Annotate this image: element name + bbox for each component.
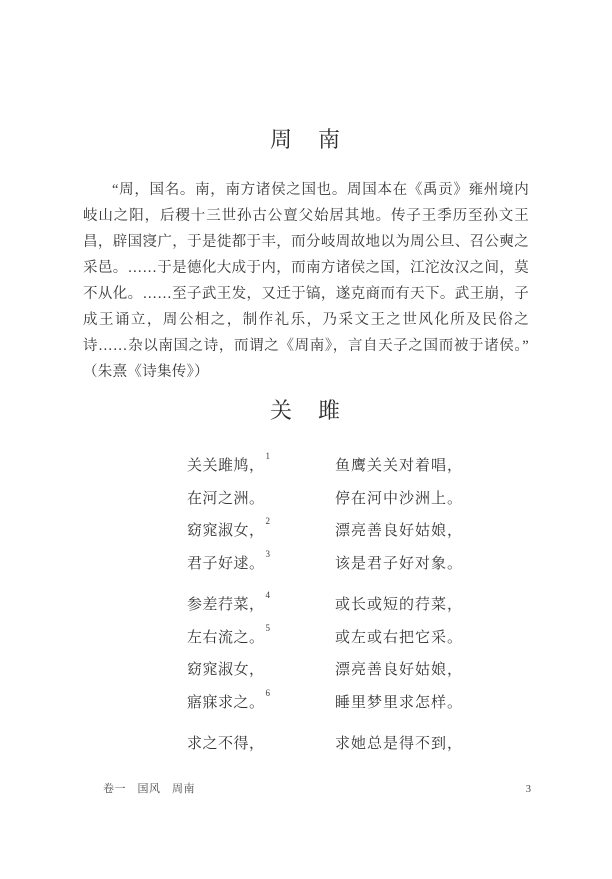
intro-paragraph: “周，国名。南，南方诸侯之国也。周国本在《禹贡》雍州境内岐山之阳，后稷十三世孙古… xyxy=(83,177,529,385)
poem-line-original: 关关雎鸠，1 xyxy=(187,450,335,483)
poem-line-translation: 或左或右把它采。 xyxy=(335,622,463,655)
page-footer: 卷一 国风 周南 3 xyxy=(103,780,531,796)
book-page: 周 南 “周，国名。南，南方诸侯之国也。周国本在《禹贡》雍州境内岐山之阳，后稷十… xyxy=(0,0,612,879)
original-text: 在河之洲。 xyxy=(187,491,265,507)
poem-line-translation: 漂亮善良好姑娘， xyxy=(335,654,463,687)
poem-stanza-1: 关关雎鸠，1 鱼鹰关关对着唱， 在河之洲。 停在河中沙洲上。 窈窕淑女，2 漂亮… xyxy=(187,450,612,580)
poem-line-translation: 该是君子好对象。 xyxy=(335,548,463,581)
footnote-ref: 1 xyxy=(266,451,271,461)
poem-line-original: 参差荇菜，4 xyxy=(187,589,335,622)
poem-line: 参差荇菜，4 或长或短的荇菜， xyxy=(187,589,612,622)
poem-line-original: 窈窕淑女， xyxy=(187,654,335,687)
footer-breadcrumb: 卷一 国风 周南 xyxy=(103,780,195,796)
poem-line: 窈窕淑女，2 漂亮善良好姑娘， xyxy=(187,515,612,548)
poem-line: 关关雎鸠，1 鱼鹰关关对着唱， xyxy=(187,450,612,483)
poem-stanza-2: 参差荇菜，4 或长或短的荇菜， 左右流之。5 或左或右把它采。 窈窕淑女， 漂亮… xyxy=(187,589,612,719)
poem-line-original: 寤寐求之。6 xyxy=(187,687,335,720)
footnote-ref: 4 xyxy=(266,590,271,600)
poem-line-translation: 鱼鹰关关对着唱， xyxy=(335,450,463,483)
original-text: 寤寐求之。 xyxy=(187,695,265,711)
poem-line-translation: 漂亮善良好姑娘， xyxy=(335,515,463,548)
poem-line-translation: 睡里梦里求怎样。 xyxy=(335,687,463,720)
poem-line-original: 君子好逑。3 xyxy=(187,548,335,581)
original-text: 君子好逑。 xyxy=(187,556,265,572)
poem-line: 君子好逑。3 该是君子好对象。 xyxy=(187,548,612,581)
original-text: 关关雎鸠， xyxy=(187,458,265,474)
poem-line: 左右流之。5 或左或右把它采。 xyxy=(187,622,612,655)
poem-line-original: 窈窕淑女，2 xyxy=(187,515,335,548)
section-title: 周 南 xyxy=(0,0,612,153)
footnote-ref: 6 xyxy=(266,688,271,698)
original-text: 左右流之。 xyxy=(187,630,265,646)
poem-line-original: 左右流之。5 xyxy=(187,622,335,655)
poem-line: 在河之洲。 停在河中沙洲上。 xyxy=(187,483,612,516)
poem-line-translation: 或长或短的荇菜， xyxy=(335,589,463,622)
footnote-ref: 5 xyxy=(266,623,271,633)
page-number: 3 xyxy=(526,784,531,795)
poem-line-translation: 求她总是得不到， xyxy=(335,728,463,761)
poem-line-translation: 停在河中沙洲上。 xyxy=(335,483,463,516)
poem-line-original: 在河之洲。 xyxy=(187,483,335,516)
poem-stanza-3: 求之不得， 求她总是得不到， xyxy=(187,728,612,761)
poem-line: 寤寐求之。6 睡里梦里求怎样。 xyxy=(187,687,612,720)
poem-line: 求之不得， 求她总是得不到， xyxy=(187,728,612,761)
poem-line: 窈窕淑女， 漂亮善良好姑娘， xyxy=(187,654,612,687)
poem-body: 关关雎鸠，1 鱼鹰关关对着唱， 在河之洲。 停在河中沙洲上。 窈窕淑女，2 漂亮… xyxy=(187,450,612,761)
original-text: 求之不得， xyxy=(187,736,265,752)
original-text: 窈窕淑女， xyxy=(187,662,265,678)
footnote-ref: 3 xyxy=(266,549,271,559)
poem-line-original: 求之不得， xyxy=(187,728,335,761)
original-text: 窈窕淑女， xyxy=(187,523,265,539)
original-text: 参差荇菜， xyxy=(187,597,265,613)
footnote-ref: 2 xyxy=(266,516,271,526)
poem-title: 关 雎 xyxy=(0,398,612,424)
